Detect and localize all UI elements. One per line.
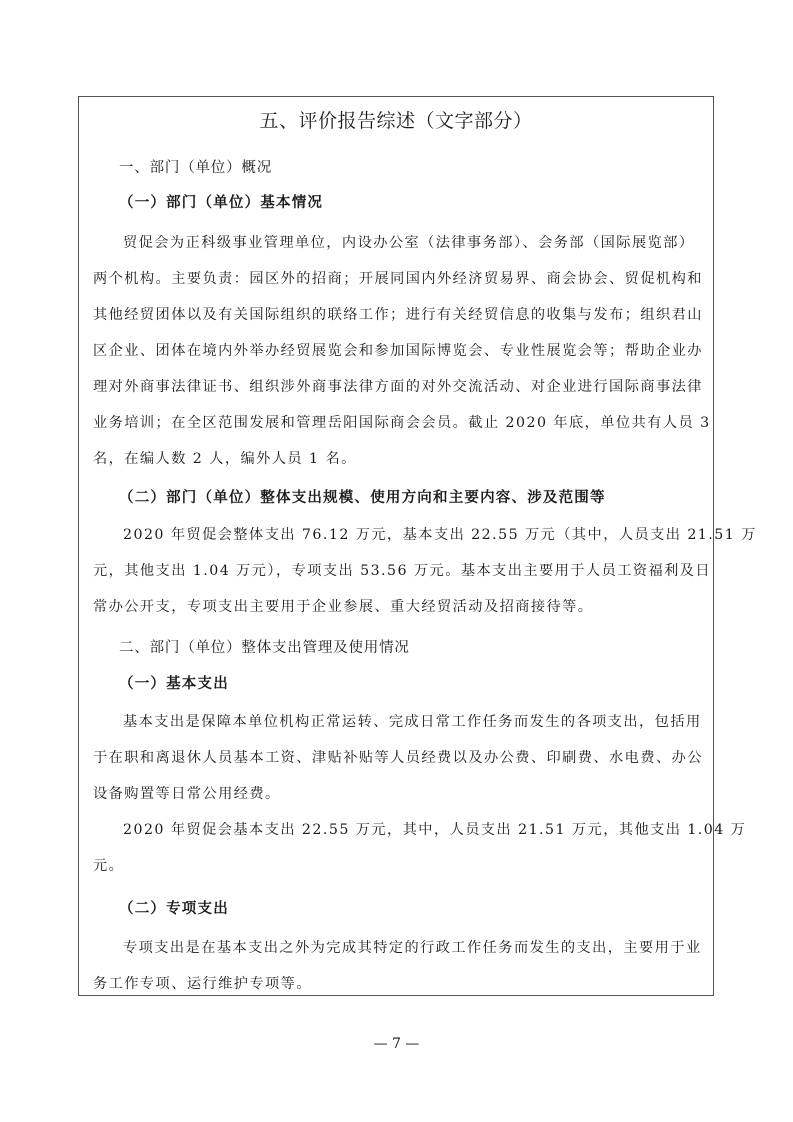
paragraph-line: 2020 年贸促会基本支出 22.55 万元，其中，人员支出 21.51 万元，…	[123, 819, 701, 839]
paragraph-line: 业务培训；在全区范围发展和管理岳阳国际商会会员。截止 2020 年底，单位共有人…	[93, 412, 701, 432]
subsection-heading-basic-expenditure: （一）基本支出	[119, 672, 701, 693]
paragraph-line: 两个机构。主要负责：园区外的招商；开展同国内外经济贸易界、商会协会、贸促机构和	[93, 268, 701, 288]
paragraph-line: 区企业、团体在境内外举办经贸展览会和参加国际博览会、专业性展览会等；帮助企业办	[93, 340, 701, 360]
paragraph-line: 设备购置等日常公用经费。	[93, 783, 701, 803]
paragraph-line: 贸促会为正科级事业管理单位，内设办公室（法律事务部）、会务部（国际展览部）	[123, 232, 701, 252]
paragraph-line: 元。	[93, 855, 701, 875]
paragraph-line: 元，其他支出 1.04 万元），专项支出 53.56 万元。基本支出主要用于人员…	[93, 560, 701, 580]
paragraph-line: 基本支出是保障本单位机构正常运转、完成日常工作任务而发生的各项支出，包括用	[123, 711, 701, 731]
subsection-heading-special-expenditure: （二）专项支出	[119, 897, 701, 918]
subsection-heading-basic-info: （一）部门（单位）基本情况	[119, 191, 701, 212]
paragraph-line: 专项支出是在基本支出之外为完成其特定的行政工作任务而发生的支出，主要用于业	[123, 937, 701, 957]
paragraph-line: 于在职和离退休人员基本工资、津贴补贴等人员经费以及办公费、印刷费、水电费、办公	[93, 747, 701, 767]
paragraph-line: 2020 年贸促会整体支出 76.12 万元，基本支出 22.55 万元（其中，…	[123, 524, 701, 544]
paragraph-line: 理对外商事法律证书、组织涉外商事法律方面的对外交流活动、对企业进行国际商事法律	[93, 376, 701, 396]
section-heading-management: 二、部门（单位）整体支出管理及使用情况	[119, 636, 701, 657]
report-frame: 五、评价报告综述（文字部分） 一、部门（单位）概况 （一）部门（单位）基本情况 …	[78, 96, 714, 996]
paragraph-line: 常办公开支，专项支出主要用于企业参展、重大经贸活动及招商接待等。	[93, 596, 701, 616]
paragraph-line: 名，在编人数 2 人，编外人员 1 名。	[93, 448, 701, 468]
paragraph-line: 其他经贸团体以及有关国际组织的联络工作；进行有关经贸信息的收集与发布；组织君山	[93, 304, 701, 324]
page-title: 五、评价报告综述（文字部分）	[79, 106, 713, 133]
section-heading-overview: 一、部门（单位）概况	[119, 156, 701, 177]
paragraph-line: 务工作专项、运行维护专项等。	[93, 973, 701, 993]
page-number: — 7 —	[0, 1036, 793, 1052]
subsection-heading-expenditure-scale: （二）部门（单位）整体支出规模、使用方向和主要内容、涉及范围等	[119, 486, 701, 507]
